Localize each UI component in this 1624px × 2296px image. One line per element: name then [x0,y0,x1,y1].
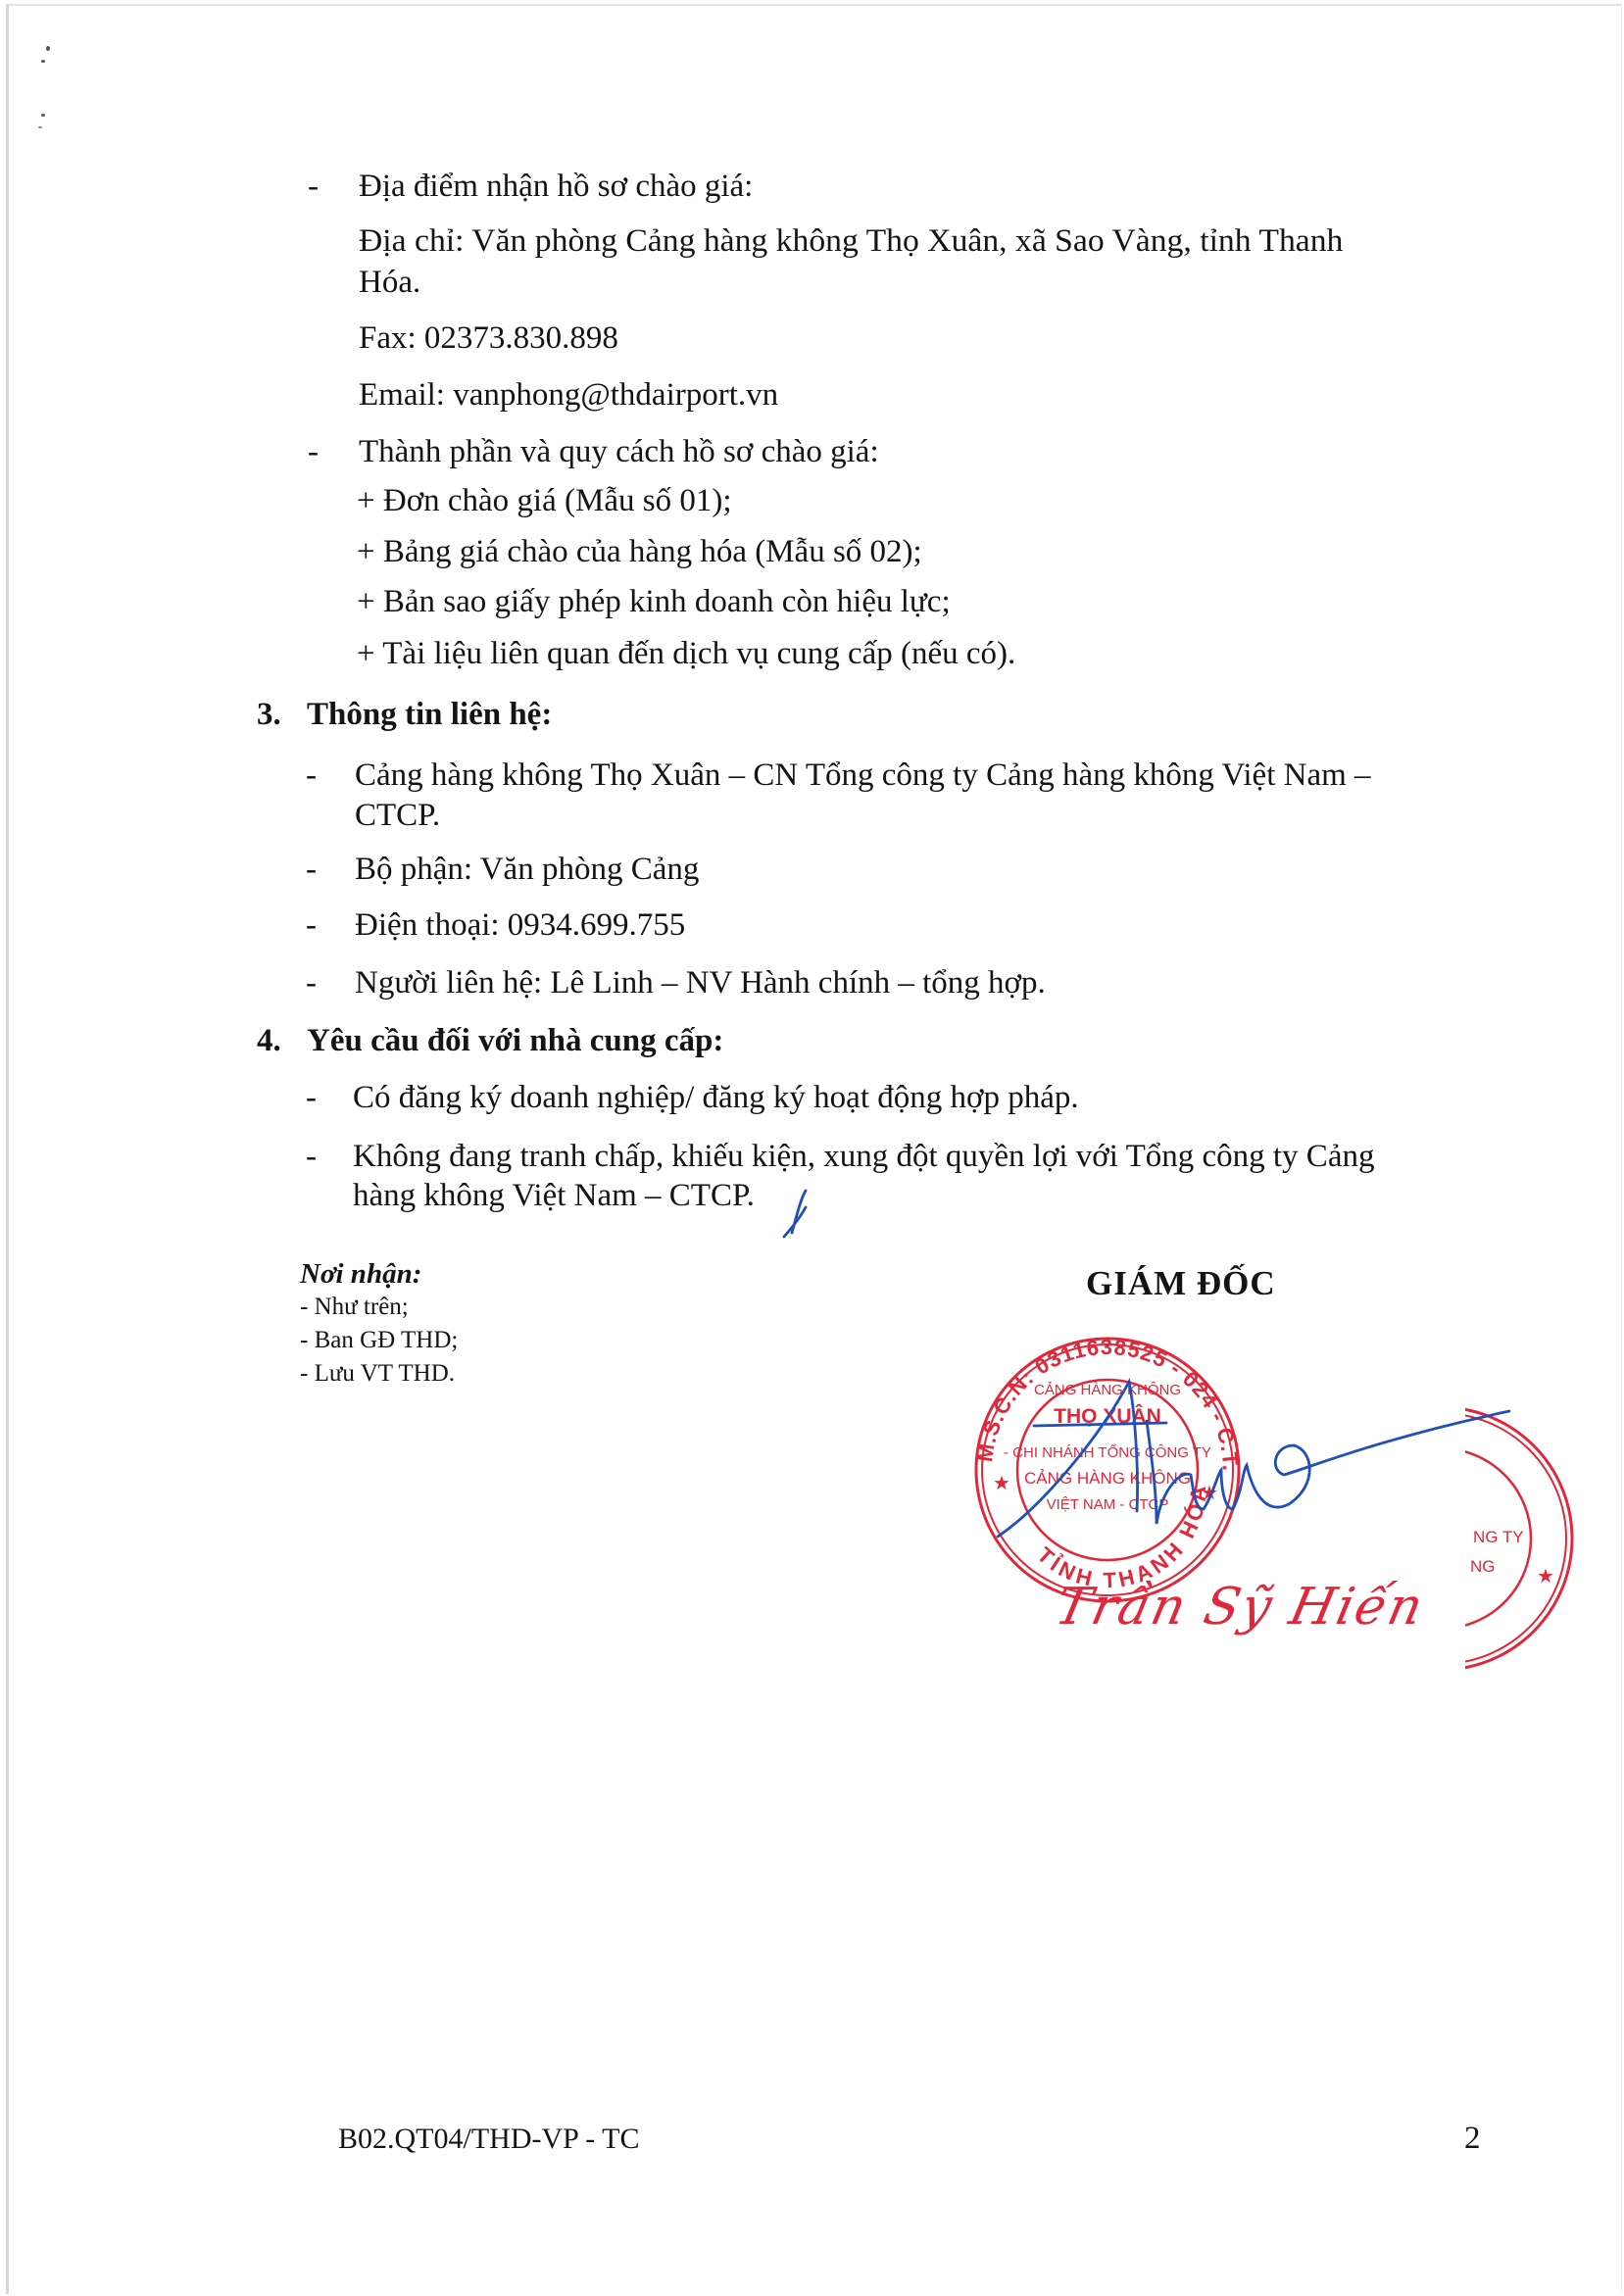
svg-text:CẢNG HÀNG KHÔNG: CẢNG HÀNG KHÔNG [1034,1382,1181,1398]
svg-text:NG TY: NG TY [1473,1528,1524,1546]
signer-name: Trần Sỹ Hiến [1051,1578,1430,1637]
svg-text:M.S.C.N: 0311638525 - 024 - C.: M.S.C.N: 0311638525 - 024 - C.T.C.P [0,0,1243,1472]
page-number: 2 [1464,2121,1481,2157]
svg-text:★: ★ [993,1473,1010,1494]
stamp-and-signature: M.S.C.N: 0311638525 - 024 - C.T.C.P TỈNH… [0,0,1624,2296]
svg-text:- CHI NHÁNH TỔNG CÔNG TY: - CHI NHÁNH TỔNG CÔNG TY [1004,1443,1211,1461]
svg-text:NG: NG [1470,1557,1496,1576]
svg-text:★: ★ [1537,1566,1554,1588]
svg-text:CẢNG HÀNG KHÔNG: CẢNG HÀNG KHÔNG [1024,1469,1191,1488]
stamp-text: M.S.C.N: 0311638525 - 024 - C.T.C.P TỈNH… [0,0,1243,1592]
svg-text:VIỆT NAM - CTCP: VIỆT NAM - CTCP [1047,1496,1169,1513]
document-code: B02.QT04/THD-VP - TC [338,2123,640,2156]
